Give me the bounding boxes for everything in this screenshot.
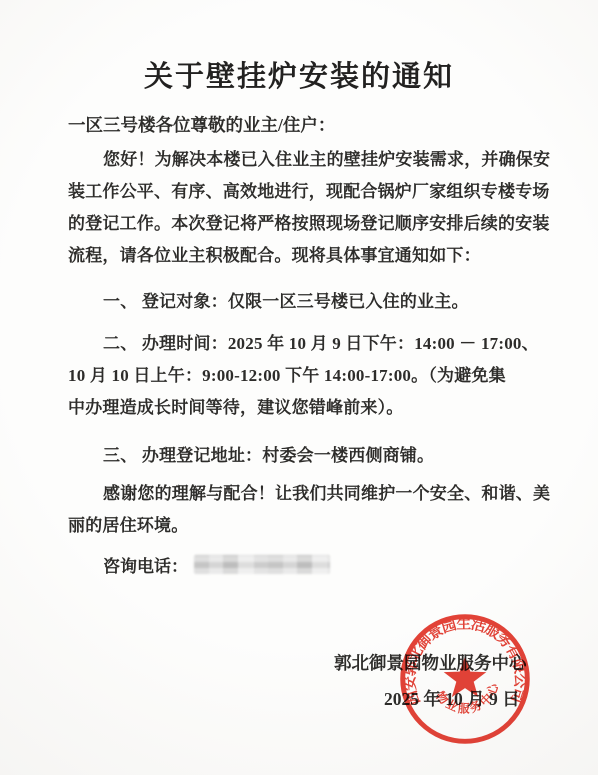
thanks-paragraph: 感谢您的理解与配合！让我们共同维护一个安全、和谐、美 丽的居住环境。 [68, 478, 536, 542]
item-processing-time: 二、 办理时间：2025 年 10 月 9 日下午：14:00 － 17:00、… [68, 328, 536, 424]
item-line: 三、 办理登记地址：村委会一楼西侧商铺。 [68, 440, 536, 472]
thanks-line: 感谢您的理解与配合！让我们共同维护一个安全、和谐、美 [68, 478, 536, 510]
notice-document: 关于壁挂炉安装的通知 一区三号楼各位尊敬的业主/住户： 您好！为解决本楼已入住业… [0, 0, 598, 775]
salutation: 一区三号楼各位尊敬的业主/住户： [68, 112, 538, 137]
star-icon [444, 657, 487, 698]
official-seal: 西安郭北御景园生活服务有限公司 物业服务中心 [395, 609, 535, 749]
redacted-phone-number [194, 555, 330, 574]
intro-line: 装工作公平、有序、高效地进行，现配合锅炉厂家组织专楼专场 [68, 176, 536, 208]
item-registration-address: 三、 办理登记地址：村委会一楼西侧商铺。 [68, 440, 536, 472]
intro-paragraph: 您好！为解决本楼已入住业主的壁挂炉安装需求，并确保安 装工作公平、有序、高效地进… [68, 144, 536, 272]
page-title: 关于壁挂炉安装的通知 [0, 54, 598, 95]
intro-line: 的登记工作。本次登记将严格按照现场登记顺序安排后续的安装 [68, 208, 536, 240]
intro-line: 流程，请各位业主积极配合。现将具体事宜通知如下： [68, 240, 536, 272]
intro-line: 您好！为解决本楼已入住业主的壁挂炉安装需求，并确保安 [68, 144, 536, 176]
item-line: 一、 登记对象：仅限一区三号楼已入住的业主。 [68, 286, 536, 318]
item-line: 中办理造成长时间等待，建议您错峰前来）。 [68, 392, 536, 424]
item-line: 二、 办理时间：2025 年 10 月 9 日下午：14:00 － 17:00、 [68, 328, 536, 360]
phone-label: 咨询电话： [103, 552, 188, 577]
phone-row: 咨询电话： [103, 551, 330, 577]
item-registration-target: 一、 登记对象：仅限一区三号楼已入住的业主。 [68, 286, 536, 318]
item-line: 10 月 10 日上午：9:00-12:00 下午 14:00-17:00。（为… [68, 360, 536, 392]
thanks-line: 丽的居住环境。 [68, 510, 536, 542]
